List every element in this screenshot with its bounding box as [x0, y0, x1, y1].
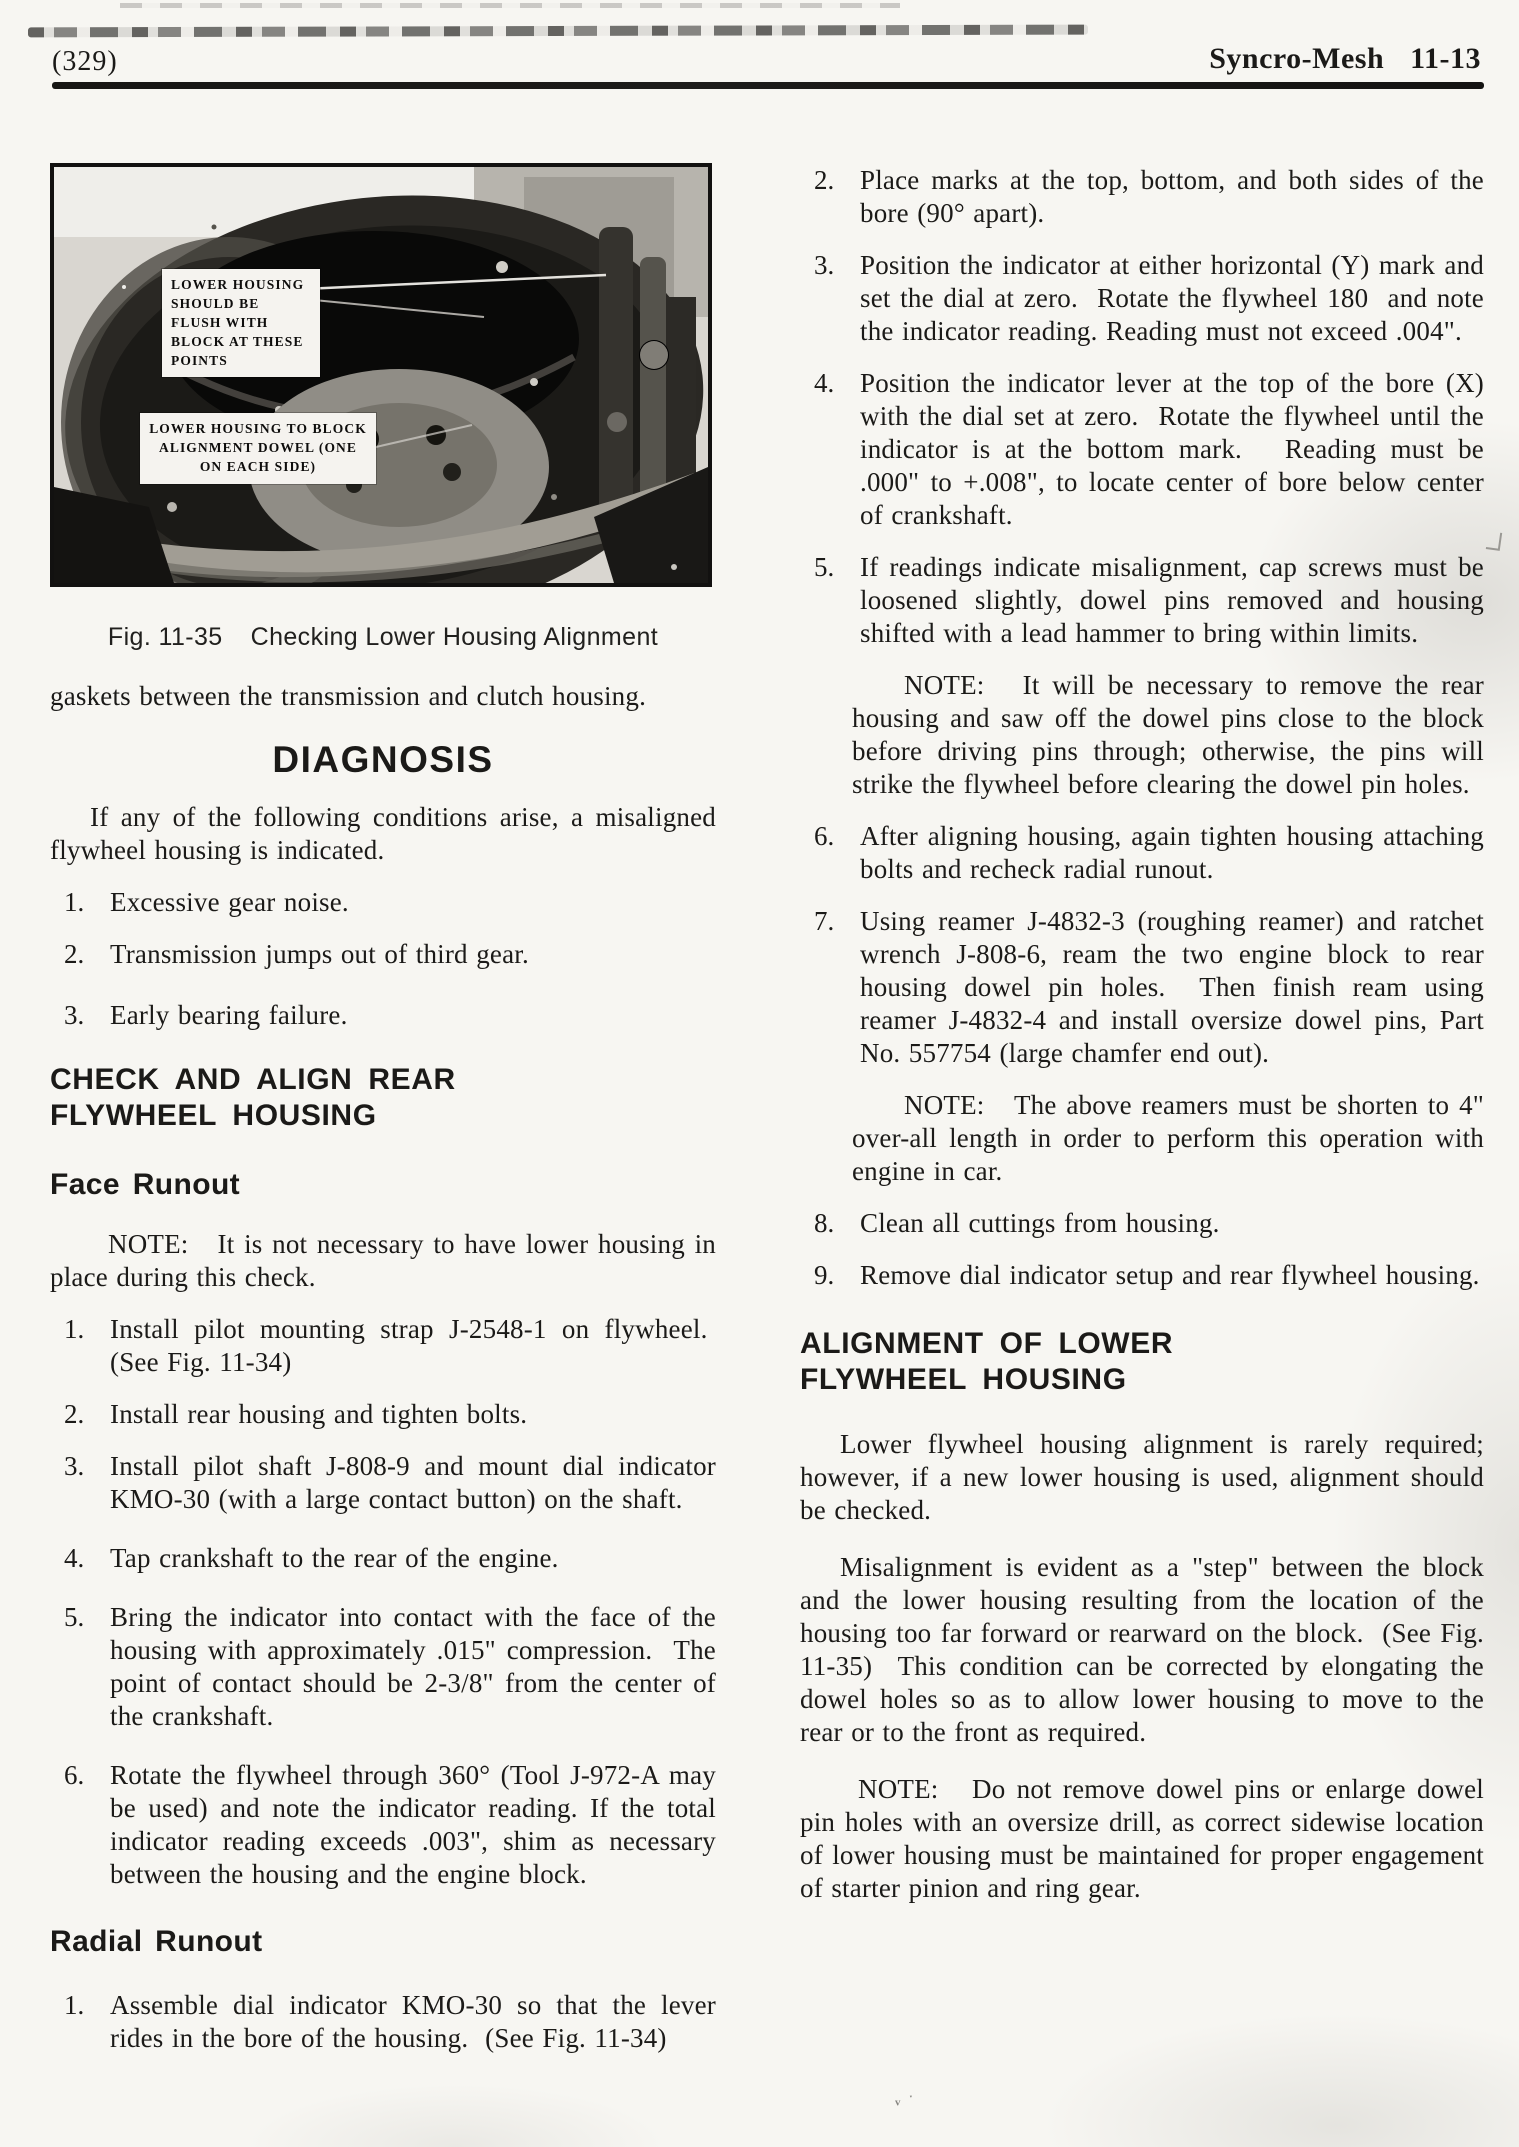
- item-text: Tap crankshaft to the rear of the engine…: [110, 1542, 716, 1575]
- item-text: Bring the indicator into contact with th…: [110, 1601, 716, 1733]
- item-text: Place marks at the top, bottom, and both…: [860, 164, 1484, 230]
- housing-photo: LOWER HOUSING SHOULD BE FLUSH WITH BLOCK…: [50, 163, 712, 587]
- callout-flush-label: LOWER HOUSING SHOULD BE FLUSH WITH BLOCK…: [162, 269, 320, 377]
- list-item: 3. Position the indicator at either hori…: [800, 249, 1484, 348]
- item-number: 3.: [50, 1450, 110, 1516]
- item-number: 6.: [800, 820, 860, 886]
- paragraph-diagnosis-intro: If any of the following conditions arise…: [50, 801, 716, 867]
- paragraph-gaskets: gaskets between the transmission and clu…: [50, 680, 716, 713]
- note-reamers: NOTE: The above reamers must be shorten …: [852, 1089, 1484, 1188]
- heading-diagnosis: DIAGNOSIS: [50, 739, 716, 781]
- list-item: 6. Rotate the flywheel through 360° (Too…: [50, 1759, 716, 1891]
- item-number: 1.: [50, 1313, 110, 1379]
- heading-alignment-lower: ALIGNMENT OF LOWER FLYWHEEL HOUSING: [800, 1326, 1484, 1398]
- manual-page: (329) Syncro-Mesh11-13: [0, 0, 1519, 2147]
- list-item: 9. Remove dial indicator setup and rear …: [800, 1259, 1484, 1292]
- item-number: 7.: [800, 905, 860, 1070]
- item-text: Install rear housing and tighten bolts.: [110, 1398, 716, 1431]
- list-item: 6. After aligning housing, again tighten…: [800, 820, 1484, 886]
- item-number: 4.: [50, 1542, 110, 1575]
- item-text: After aligning housing, again tighten ho…: [860, 820, 1484, 886]
- item-text: Assemble dial indicator KMO-30 so that t…: [110, 1989, 716, 2055]
- list-item: 1. Excessive gear noise.: [50, 886, 716, 919]
- list-item: 5. If readings indicate misalignment, ca…: [800, 551, 1484, 650]
- item-number: 2.: [50, 938, 110, 971]
- figure-11-35: LOWER HOUSING SHOULD BE FLUSH WITH BLOCK…: [50, 163, 716, 587]
- item-number: 2.: [800, 164, 860, 230]
- list-item: 4. Position the indicator lever at the t…: [800, 367, 1484, 532]
- item-number: 1.: [50, 886, 110, 919]
- right-column: 2. Place marks at the top, bottom, and b…: [800, 150, 1484, 1905]
- section-title: Syncro-Mesh: [1209, 42, 1384, 75]
- header-rule: [52, 82, 1484, 89]
- heading-check-align: CHECK AND ALIGN REAR FLYWHEEL HOUSING: [50, 1062, 716, 1134]
- item-text: Using reamer J-4832-3 (roughing reamer) …: [860, 905, 1484, 1070]
- list-item: 7. Using reamer J-4832-3 (roughing reame…: [800, 905, 1484, 1070]
- item-number: 8.: [800, 1207, 860, 1240]
- heading-radial-runout: Radial Runout: [50, 1925, 716, 1959]
- item-text: Position the indicator lever at the top …: [860, 367, 1484, 532]
- left-column: LOWER HOUSING SHOULD BE FLUSH WITH BLOCK…: [50, 150, 716, 2074]
- paragraph-alignment-1: Lower flywheel housing alignment is rare…: [800, 1428, 1484, 1527]
- item-text: Remove dial indicator setup and rear fly…: [860, 1259, 1484, 1292]
- figure-caption: Fig. 11-35Checking Lower Housing Alignme…: [50, 623, 716, 652]
- list-item: 4. Tap crankshaft to the rear of the eng…: [50, 1542, 716, 1575]
- item-number: 3.: [50, 999, 110, 1032]
- list-item: 2. Place marks at the top, bottom, and b…: [800, 164, 1484, 230]
- list-item: 1. Install pilot mounting strap J-2548-1…: [50, 1313, 716, 1379]
- item-text: Excessive gear noise.: [110, 886, 716, 919]
- item-number: 6.: [50, 1759, 110, 1891]
- page-ref: (329): [52, 46, 118, 78]
- callout-dowel-label: LOWER HOUSING TO BLOCK ALIGNMENT DOWEL (…: [140, 413, 376, 484]
- list-item: 3. Early bearing failure.: [50, 999, 716, 1032]
- item-number: 5.: [800, 551, 860, 650]
- item-text: If readings indicate misalignment, cap s…: [860, 551, 1484, 650]
- note-saw-dowels: NOTE: It will be necessary to remove the…: [852, 669, 1484, 801]
- item-text: Position the indicator at either horizon…: [860, 249, 1484, 348]
- list-item: 2. Install rear housing and tighten bolt…: [50, 1398, 716, 1431]
- note-dowel-pins: NOTE: Do not remove dowel pins or enlarg…: [800, 1773, 1484, 1905]
- page-number: 11-13: [1410, 42, 1481, 75]
- list-item: 2. Transmission jumps out of third gear.: [50, 938, 716, 971]
- scan-artifact-top: [28, 25, 1088, 38]
- paragraph-alignment-2: Misalignment is evident as a "step" betw…: [800, 1551, 1484, 1749]
- item-number: 2.: [50, 1398, 110, 1431]
- list-item: 5. Bring the indicator into contact with…: [50, 1601, 716, 1733]
- item-number: 3.: [800, 249, 860, 348]
- figure-caption-text: Checking Lower Housing Alignment: [251, 623, 658, 651]
- figure-caption-label: Fig. 11-35: [108, 623, 223, 651]
- item-text: Install pilot mounting strap J-2548-1 on…: [110, 1313, 716, 1379]
- heading-face-runout: Face Runout: [50, 1168, 716, 1202]
- item-text: Transmission jumps out of third gear.: [110, 938, 716, 971]
- item-text: Early bearing failure.: [110, 999, 716, 1032]
- note-face-runout: NOTE: It is not necessary to have lower …: [50, 1228, 716, 1294]
- item-text: Clean all cuttings from housing.: [860, 1207, 1484, 1240]
- list-item: 3. Install pilot shaft J-808-9 and mount…: [50, 1450, 716, 1516]
- list-item: 1. Assemble dial indicator KMO-30 so tha…: [50, 1989, 716, 2055]
- item-number: 5.: [50, 1601, 110, 1733]
- item-number: 9.: [800, 1259, 860, 1292]
- scan-artifact-mark: [1486, 531, 1502, 551]
- item-text: Install pilot shaft J-808-9 and mount di…: [110, 1450, 716, 1516]
- housing-photo-art: [54, 167, 708, 583]
- item-number: 4.: [800, 367, 860, 532]
- item-text: Rotate the flywheel through 360° (Tool J…: [110, 1759, 716, 1891]
- list-item: 8. Clean all cuttings from housing.: [800, 1207, 1484, 1240]
- scan-artifact-top-edge: [120, 3, 900, 8]
- scan-artifact-bottom: [895, 2088, 951, 2104]
- item-number: 1.: [50, 1989, 110, 2055]
- running-header: Syncro-Mesh11-13: [1209, 42, 1481, 76]
